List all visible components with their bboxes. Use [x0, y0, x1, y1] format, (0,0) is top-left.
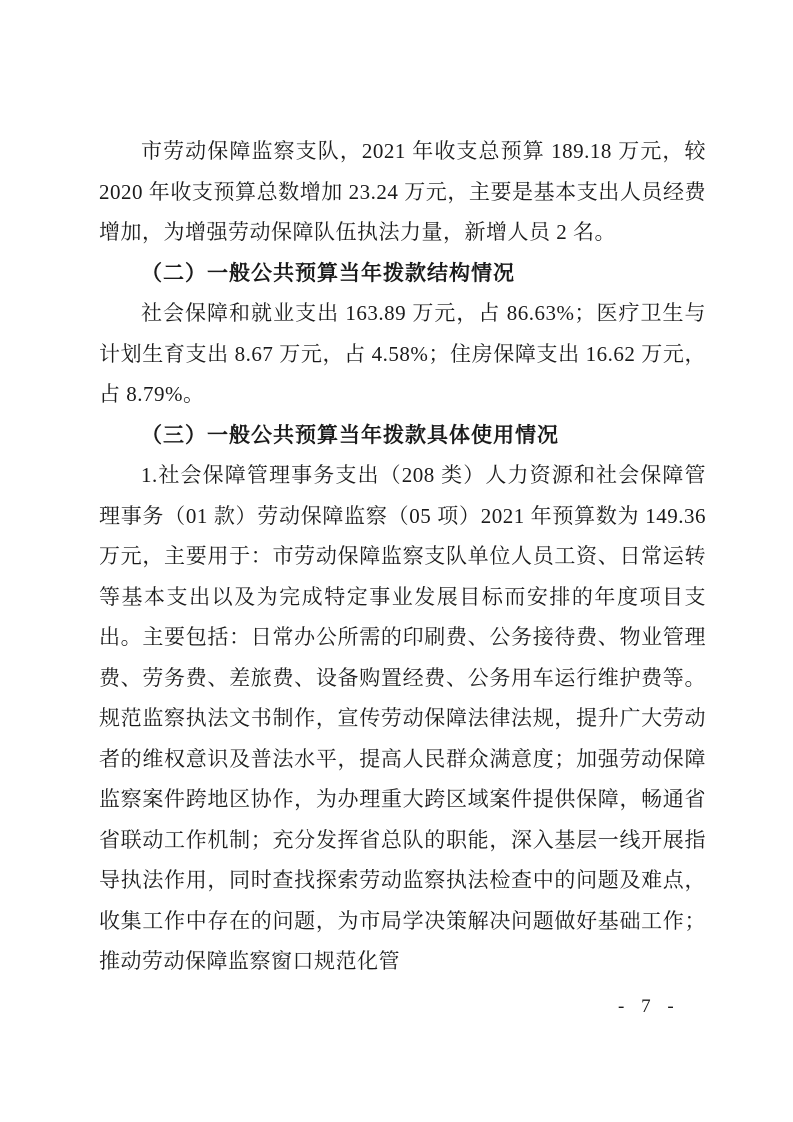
document-body: 市劳动保障监察支队，2021 年收支总预算 189.18 万元，较 2020 年… [99, 131, 706, 982]
page-number: - 7 - [618, 996, 680, 1018]
document-page: 市劳动保障监察支队，2021 年收支总预算 189.18 万元，较 2020 年… [0, 0, 793, 1122]
paragraph-allocation-usage: 1.社会保障管理事务支出（208 类）人力资源和社会保障管理事务（01 款）劳动… [99, 455, 706, 982]
paragraph-allocation-structure: 社会保障和就业支出 163.89 万元，占 86.63%；医疗卫生与计划生育支出… [99, 293, 706, 415]
paragraph-budget-total: 市劳动保障监察支队，2021 年收支总预算 189.18 万元，较 2020 年… [99, 131, 706, 253]
section-heading-3: （三）一般公共预算当年拨款具体使用情况 [99, 415, 706, 456]
section-heading-2: （二）一般公共预算当年拨款结构情况 [99, 253, 706, 294]
